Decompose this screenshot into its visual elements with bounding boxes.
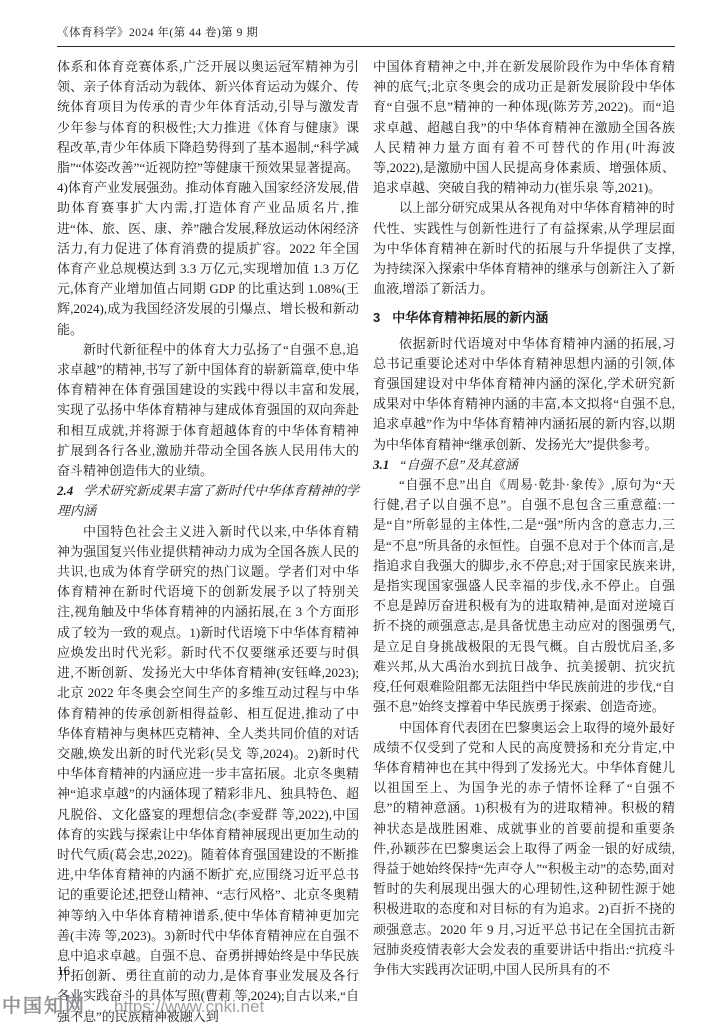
cnki-url[interactable]: https://www.cnki.net: [114, 997, 264, 1017]
page-number: 16: [57, 963, 70, 979]
paragraph: 中国体育精神之中,并在新发展阶段作为中华体育精神的底气;北京冬奥会的成功正是新发…: [373, 57, 675, 198]
paragraph: 新时代新征程中的体育大力弘扬了“自强不息,追求卓越”的精神,书写了新中国体育的崭…: [57, 340, 359, 481]
left-column: 体系和体育竞赛体系,广泛开展以奥运冠军精神为引领、亲子体育活动为载体、新兴体育运…: [57, 57, 359, 1027]
section-heading-2-4: 2.4学术研究新成果丰富了新时代中华体育精神的学理内涵: [57, 481, 359, 521]
section-heading-3: 3中华体育精神拓展的新内涵: [373, 308, 675, 328]
section-title: “自强不息”及其意涵: [399, 457, 517, 472]
cnki-logo: 中国知网: [2, 991, 86, 1018]
paragraph: 中国体育代表团在巴黎奥运会上取得的境外最好成绩不仅受到了党和人民的高度赞扬和充分…: [373, 718, 675, 981]
paragraph: “自强不息”出自《周易·乾卦·象传》,原句为“天行健,君子以自强不息”。自强不息…: [373, 475, 675, 717]
section-number: 2.4: [57, 483, 73, 498]
section-number: 3.1: [373, 457, 389, 472]
section-title: 中华体育精神拓展的新内涵: [392, 310, 548, 325]
two-column-body: 体系和体育竞赛体系,广泛开展以奥运冠军精神为引领、亲子体育活动为载体、新兴体育运…: [57, 57, 675, 1027]
journal-header: 《体育科学》2024 年(第 44 卷)第 9 期: [57, 24, 675, 46]
right-column: 中国体育精神之中,并在新发展阶段作为中华体育精神的底气;北京冬奥会的成功正是新发…: [373, 57, 675, 1027]
paragraph: 依据新时代语境对中华体育精神内涵的拓展,习总书记重要论述对中华体育精神思想内涵的…: [373, 334, 675, 455]
paragraph: 以上部分研究成果从各视角对中华体育精神的时代性、实践性与创新性进行了有益探索,从…: [373, 198, 675, 299]
section-heading-3-1: 3.1“自强不息”及其意涵: [373, 455, 675, 475]
section-number: 3: [373, 310, 380, 325]
header-divider: [57, 46, 675, 47]
journal-page: 《体育科学》2024 年(第 44 卷)第 9 期 体系和体育竞赛体系,广泛开展…: [0, 0, 710, 1029]
cnki-watermark: 中国知网 https://www.cnki.net: [2, 991, 264, 1018]
page-content: 《体育科学》2024 年(第 44 卷)第 9 期 体系和体育竞赛体系,广泛开展…: [57, 24, 675, 1027]
section-title: 学术研究新成果丰富了新时代中华体育精神的学理内涵: [57, 483, 359, 518]
paragraph: 中国特色社会主义进入新时代以来,中华体育精神为强国复兴伟业提供精神动力成为全国各…: [57, 522, 359, 1027]
paragraph: 体系和体育竞赛体系,广泛开展以奥运冠军精神为引领、亲子体育活动为载体、新兴体育运…: [57, 57, 359, 340]
